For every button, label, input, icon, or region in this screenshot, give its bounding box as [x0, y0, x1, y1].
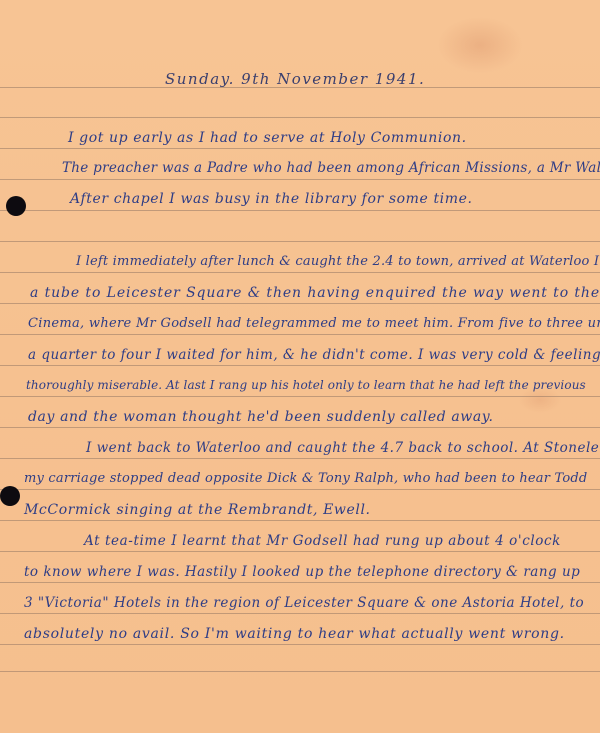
punch-hole-bottom [0, 486, 20, 506]
text-line: After chapel I was busy in the library f… [70, 191, 473, 207]
text-line: At tea-time I learnt that Mr Godsell had… [84, 533, 561, 549]
text-line: McCormick singing at the Rembrandt, Ewel… [24, 502, 371, 518]
punch-hole-top [6, 196, 26, 216]
ruled-line [0, 272, 600, 273]
text-line: I got up early as I had to serve at Holy… [68, 130, 467, 146]
ruled-line [0, 582, 600, 583]
text-line: a tube to Leicester Square & then having… [30, 285, 600, 301]
ruled-line [0, 427, 600, 428]
ruled-line [0, 458, 600, 459]
ruled-line [0, 179, 600, 180]
ruled-line [0, 396, 600, 397]
ruled-line [0, 520, 600, 521]
ruled-line [0, 489, 600, 490]
ruled-line [0, 117, 600, 118]
text-line: The preacher was a Padre who had been am… [62, 160, 600, 176]
diary-date-heading: Sunday. 9th November 1941. [165, 70, 425, 88]
ruled-line [0, 644, 600, 645]
ruled-line [0, 551, 600, 552]
text-line: day and the woman thought he'd been sudd… [28, 409, 494, 425]
text-line: absolutely no avail. So I'm waiting to h… [24, 626, 565, 642]
text-line: a quarter to four I waited for him, & he… [28, 347, 600, 363]
text-line: I went back to Waterloo and caught the 4… [86, 440, 600, 456]
text-line: Cinema, where Mr Godsell had telegrammed… [28, 316, 600, 331]
text-line: I left immediately after lunch & caught … [76, 254, 600, 269]
ruled-line [0, 613, 600, 614]
text-line: to know where I was. Hastily I looked up… [24, 564, 580, 580]
ruled-line [0, 303, 600, 304]
ruled-line [0, 671, 600, 672]
ruled-line [0, 241, 600, 242]
ruled-line [0, 148, 600, 149]
text-line: 3 "Victoria" Hotels in the region of Lei… [24, 595, 584, 611]
diary-page: Sunday. 9th November 1941. I got up earl… [0, 0, 600, 733]
ruled-line [0, 334, 600, 335]
text-line: thoroughly miserable. At last I rang up … [26, 378, 586, 392]
text-line: my carriage stopped dead opposite Dick &… [24, 471, 587, 486]
ruled-line [0, 365, 600, 366]
ruled-line [0, 210, 600, 211]
